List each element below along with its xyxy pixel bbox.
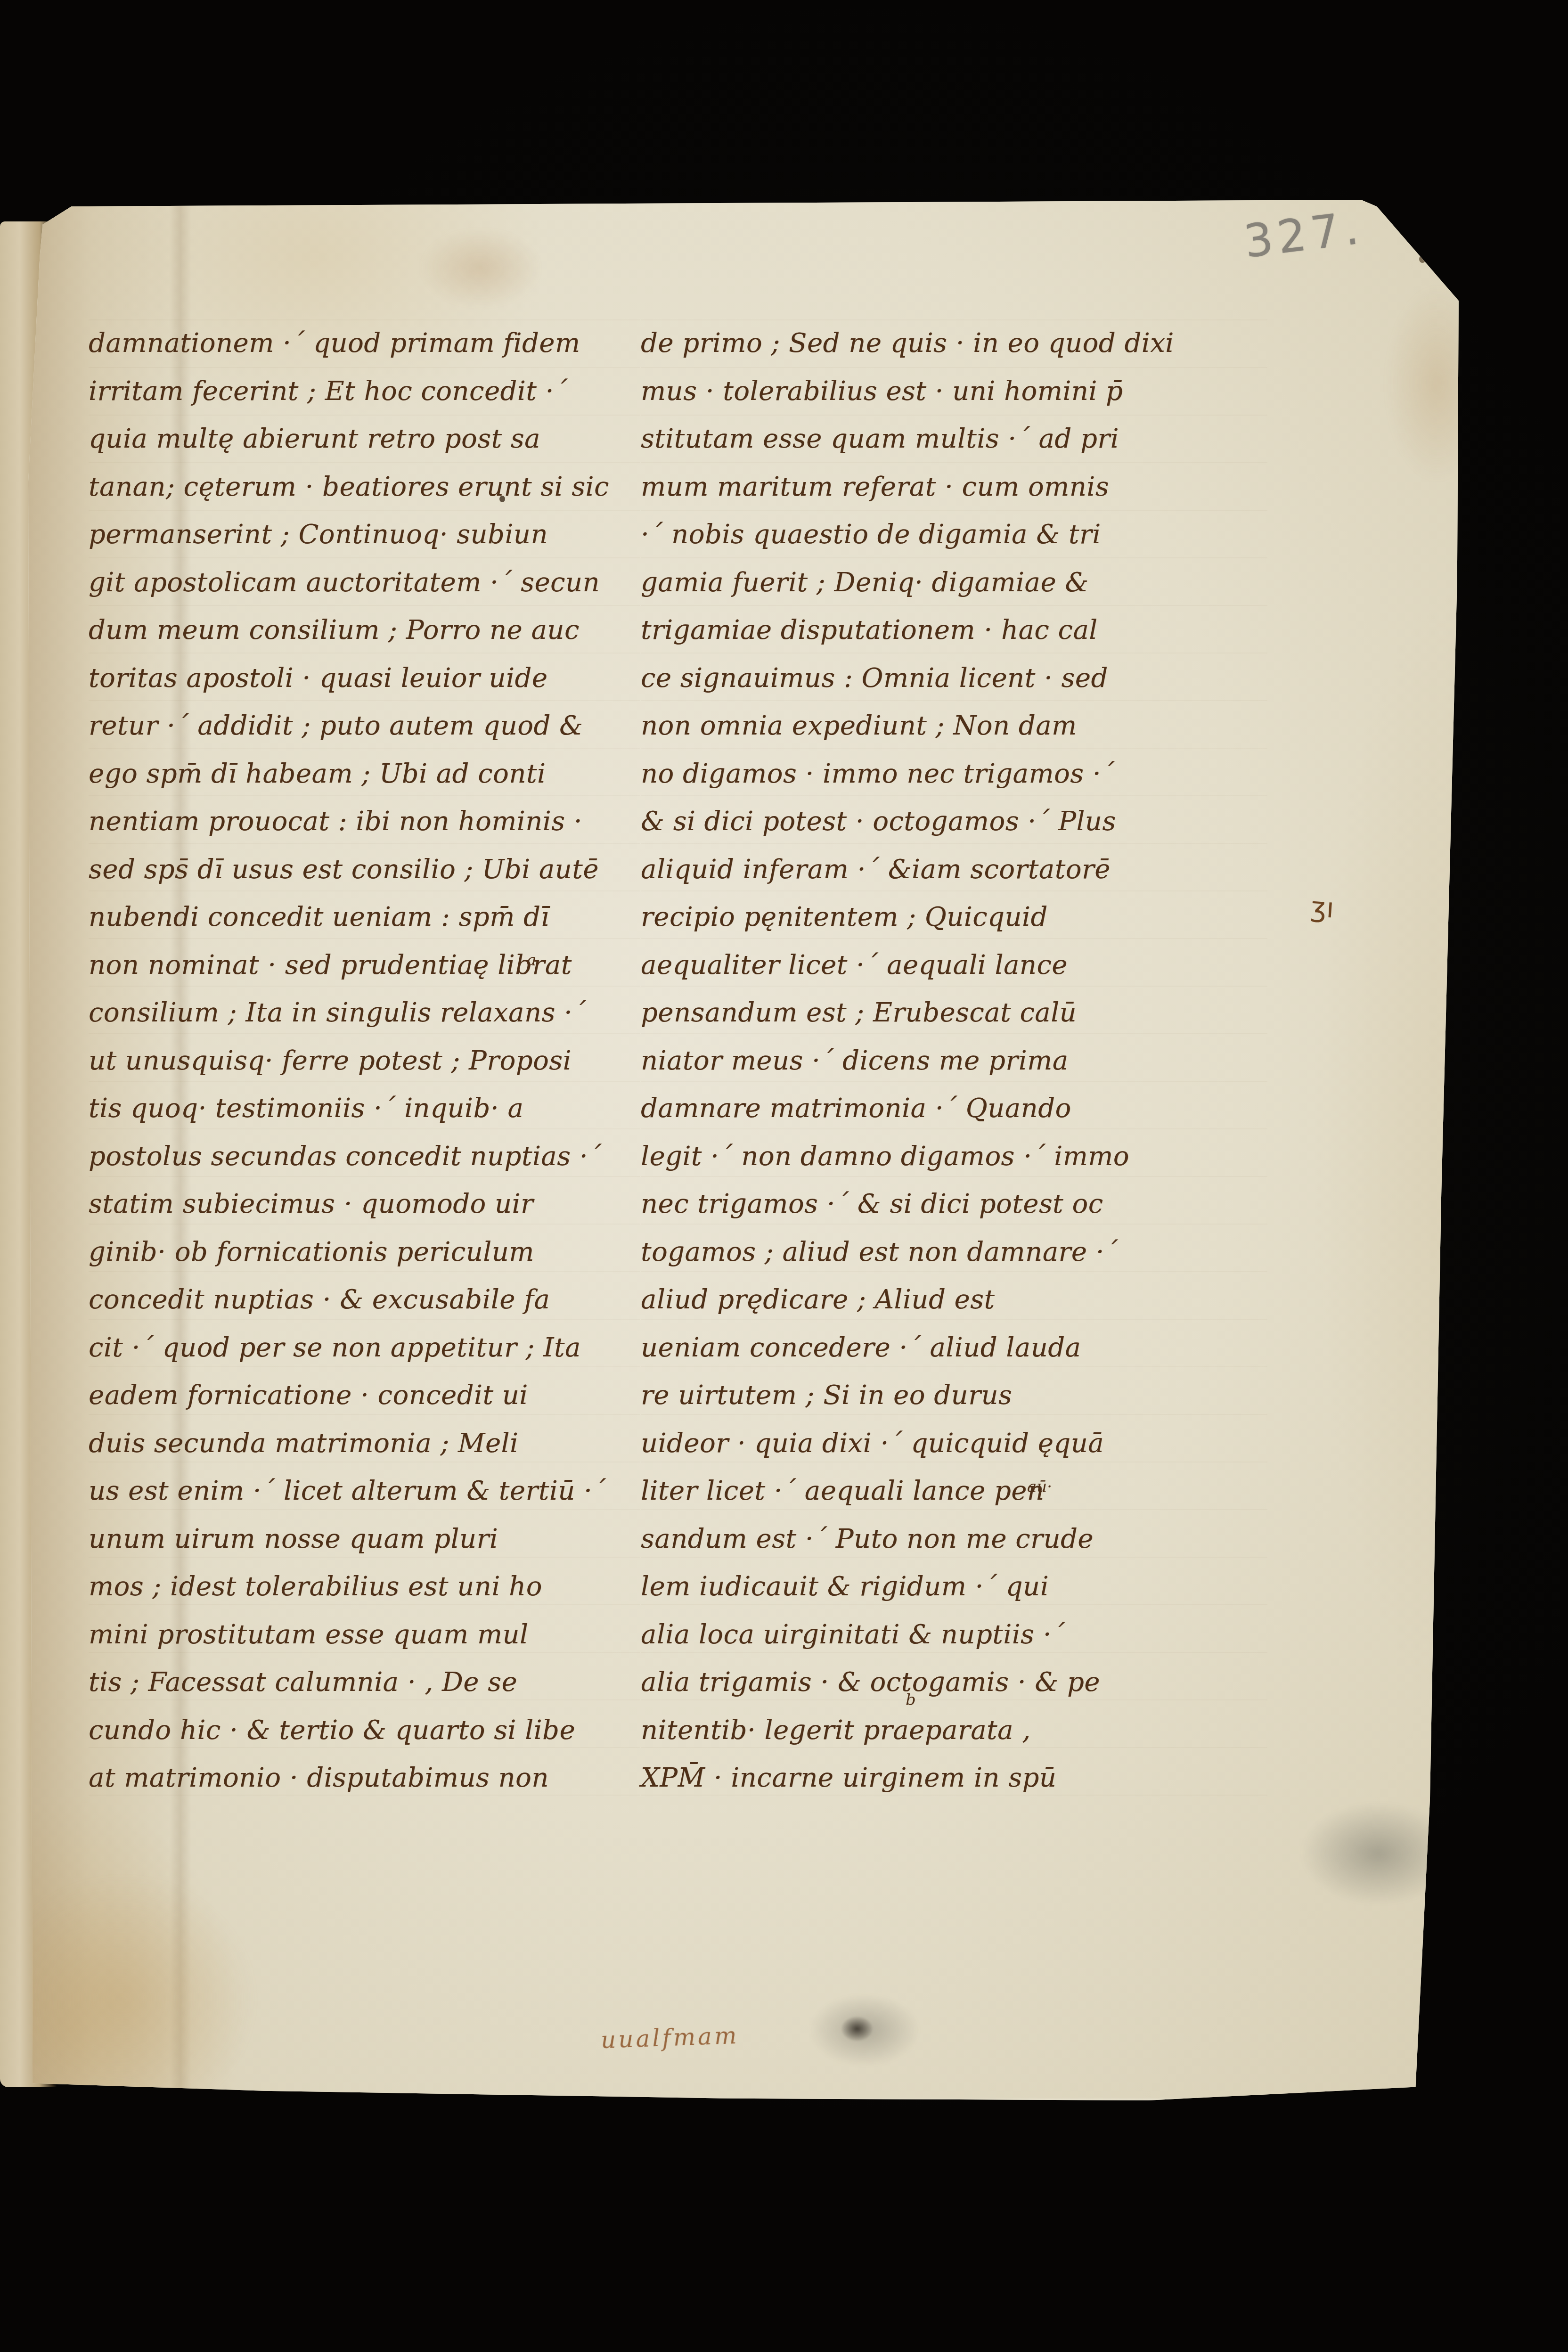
manuscript-line: tis quoq· testimoniis ·ˊ inquib· a (89, 1085, 640, 1133)
text-column-left: damnationem ·ˊ quod primam fidemirritam … (89, 319, 640, 1818)
manuscript-line: no digamos · immo nec trigamos ·ˊ (641, 750, 1267, 798)
parchment-page: 327. damnationem ·ˊ quod primam fidemirr… (28, 200, 1463, 2104)
manuscript-line: ce signauimus : Omnia licent · sed (641, 654, 1267, 702)
manuscript-line: cundo hic · & tertio & quarto si libe (89, 1707, 640, 1755)
manuscript-line: permanserint ; Continuoq· subiun (89, 511, 640, 559)
manuscript-line: de primo ; Sed ne quis · in eo quod dixi (641, 319, 1267, 367)
scribe-inscription: uualfmam (600, 2022, 739, 2054)
manuscript-line: sed sps̄ dī usus est consilio ; Ubi autē (89, 846, 640, 894)
manuscript-line: niator meus ·ˊ dicens me prima (641, 1037, 1267, 1085)
manuscript-line: ueniam concedere ·ˊ aliud lauda (641, 1324, 1267, 1372)
manuscript-line: duis secunda matrimonia ; Meli (89, 1420, 640, 1468)
stain-grey-large (1300, 1802, 1456, 1905)
manuscript-line: statim subiecimus · quomodo uir (89, 1180, 640, 1228)
interlinear-mark: a (527, 951, 536, 970)
stain-dark-spot (841, 2017, 873, 2041)
manuscript-line: aequaliter licet ·ˊ aequali lance (641, 941, 1267, 989)
manuscript-line: stitutam esse quam multis ·ˊ ad pri (641, 415, 1267, 463)
manuscript-line: legit ·ˊ non damno digamos ·ˊ immo (641, 1133, 1267, 1181)
manuscript-line: liter licet ·ˊ aequali lance pen (641, 1467, 1267, 1515)
manuscript-line: ut unusquisq· ferre potest ; Proposi (89, 1037, 640, 1085)
margin-notation-mark: ʒı (1310, 890, 1335, 924)
manuscript-line: non omnia expediunt ; Non dam (641, 702, 1267, 750)
manuscript-line: damnationem ·ˊ quod primam fidem (89, 319, 640, 367)
manuscript-line: nitentib· legerit praeparata , (641, 1707, 1267, 1755)
manuscript-line: XPM̄ · incarne uirginem in spū (641, 1754, 1267, 1802)
manuscript-line: gamia fuerit ; Deniq· digamiae & (641, 559, 1267, 607)
manuscript-line: damnare matrimonia ·ˊ Quando (641, 1085, 1267, 1133)
manuscript-line: us est enim ·ˊ licet alterum & tertiū ·ˊ (89, 1467, 640, 1515)
manuscript-line: ginib· ob fornicationis periculum (89, 1228, 640, 1276)
manuscript-line: retur ·ˊ addidit ; puto autem quod & (89, 702, 640, 750)
manuscript-line: non nominat · sed prudentiaę librat (89, 941, 640, 989)
manuscript-line: nentiam prouocat : ibi non hominis · (89, 798, 640, 846)
manuscript-line: tis ; Facessat calumnia · , De se (89, 1658, 640, 1707)
interlinear-mark: aū· (1027, 1478, 1052, 1496)
stain-grey-small (810, 1995, 919, 2066)
manuscript-line: quia multę abierunt retro post sa (89, 415, 640, 463)
manuscript-line: mini prostitutam esse quam mul (89, 1611, 640, 1659)
manuscript-line: eadem fornicatione · concedit ui (89, 1372, 640, 1420)
manuscript-line: concedit nuptias · & excusabile fa (89, 1276, 640, 1324)
manuscript-line: re uirtutem ; Si in eo durus (641, 1372, 1267, 1420)
manuscript-line: lem iudicauit & rigidum ·ˊ qui (641, 1563, 1267, 1611)
manuscript-line: trigamiae disputationem · hac cal (641, 606, 1267, 654)
stain-right-edge (1385, 285, 1489, 482)
manuscript-line: recipio pęnitentem ; Quicquid (641, 893, 1267, 941)
manuscript-line: togamos ; aliud est non damnare ·ˊ (641, 1228, 1267, 1276)
manuscript-line: aliquid inferam ·ˊ &iam scortatorē (641, 846, 1267, 894)
manuscript-line: unum uirum nosse quam pluri (89, 1515, 640, 1563)
manuscript-line: sandum est ·ˊ Puto non me crude (641, 1515, 1267, 1563)
manuscript-line: cit ·ˊ quod per se non appetitur ; Ita (89, 1324, 640, 1372)
manuscript-line: nec trigamos ·ˊ & si dici potest oc (641, 1180, 1267, 1228)
manuscript-line: alia loca uirginitati & nuptiis ·ˊ (641, 1611, 1267, 1659)
manuscript-line: irritam fecerint ; Et hoc concedit ·ˊ (89, 367, 640, 416)
interlinear-mark: b (906, 1690, 916, 1709)
manuscript-line: uideor · quia dixi ·ˊ quicquid ęquā (641, 1420, 1267, 1468)
manuscript-line: ego spm̄ dī habeam ; Ubi ad conti (89, 750, 640, 798)
manuscript-line: postolus secundas concedit nuptias ·ˊ (89, 1133, 640, 1181)
ink-speck (1419, 255, 1426, 263)
manuscript-line: nubendi concedit ueniam : spm̄ dī (89, 893, 640, 941)
manuscript-line: & si dici potest · octogamos ·ˊ Plus (641, 798, 1267, 846)
manuscript-photo: 327. damnationem ·ˊ quod primam fidemirr… (0, 0, 1568, 2352)
stain-brown-top (419, 228, 542, 308)
manuscript-line: consilium ; Ita in singulis relaxans ·ˊ (89, 989, 640, 1037)
manuscript-line: toritas apostoli · quasi leuior uide (89, 654, 640, 702)
manuscript-line: git apostolicam auctoritatem ·ˊ secun (89, 559, 640, 607)
manuscript-line: mum maritum referat · cum omnis (641, 463, 1267, 511)
manuscript-line: mus · tolerabilius est · uni homini p̄ (641, 367, 1267, 416)
folio-number: 327. (1241, 201, 1366, 268)
manuscript-line: at matrimonio · disputabimus non (89, 1754, 640, 1802)
manuscript-line: mos ; idest tolerabilius est uni ho (89, 1563, 640, 1611)
manuscript-line: pensandum est ; Erubescat calū (641, 989, 1267, 1037)
page-bottom-edge (42, 2098, 1420, 2104)
manuscript-line: aliud prędicare ; Aliud est (641, 1276, 1267, 1324)
text-column-right: de primo ; Sed ne quis · in eo quod dixi… (641, 319, 1267, 1818)
manuscript-line: tanan; cęterum · beatiores erunt si sic (89, 463, 640, 511)
manuscript-line: alia trigamis · & octogamis · & pe (641, 1658, 1267, 1707)
manuscript-line: ·ˊ nobis quaestio de digamia & tri (641, 511, 1267, 559)
manuscript-line: dum meum consilium ; Porro ne auc (89, 606, 640, 654)
